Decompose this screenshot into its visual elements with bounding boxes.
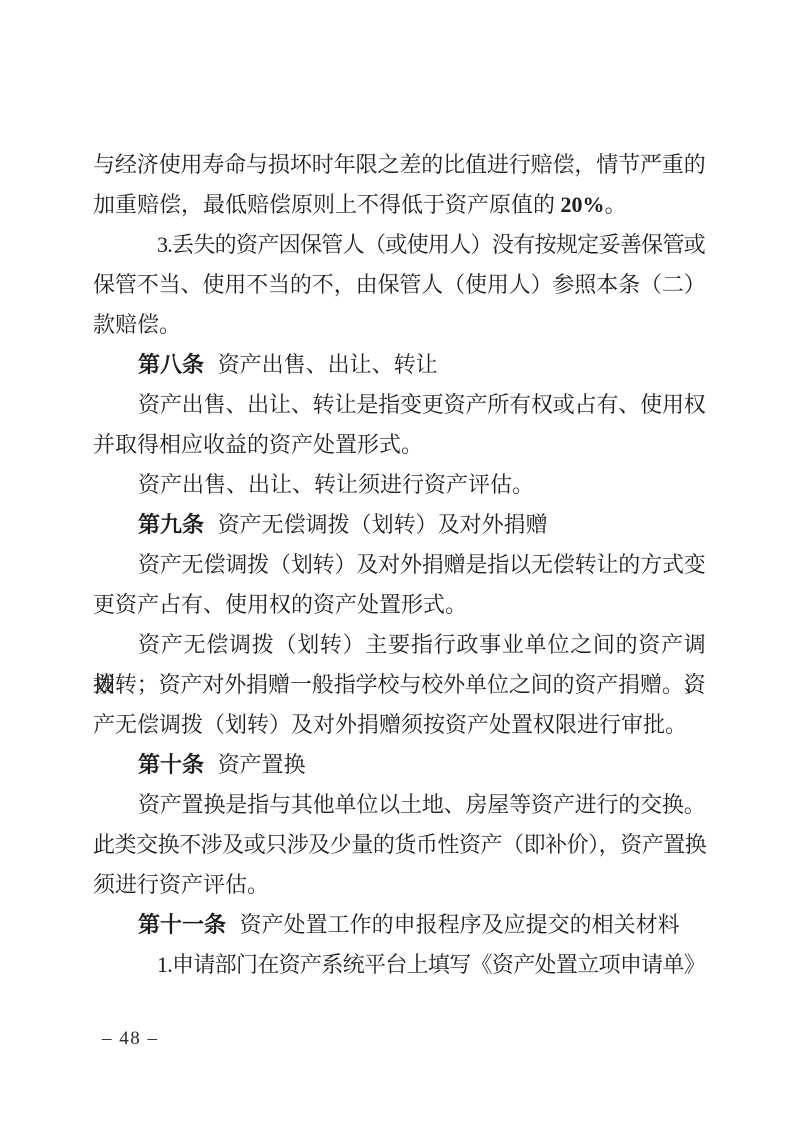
article-heading: 第十条资产置换 — [93, 745, 705, 785]
article-heading: 第十一条资产处置工作的申报程序及应提交的相关材料 — [93, 905, 705, 945]
page-number: – 48 – — [102, 1027, 159, 1051]
article-heading: 第九条资产无偿调拨（划转）及对外捐赠 — [93, 505, 705, 545]
text-line: 资产无偿调拨（划转）及对外捐赠是指以无偿转让的方式变 — [93, 545, 705, 585]
article-heading: 第八条资产出售、出让、转让 — [93, 345, 705, 385]
percent-value: 20% — [561, 192, 605, 217]
numbered-item: 3.丢失的资产因保管人（或使用人）没有按规定妥善保管或 — [93, 225, 705, 265]
text-line: 资产出售、出让、转让须进行资产评估。 — [93, 465, 705, 505]
text-line: 款赔偿。 — [93, 305, 705, 345]
article-title: 资产处置工作的申报程序及应提交的相关材料 — [240, 912, 680, 937]
article-title: 资产无偿调拨（划转）及对外捐赠 — [218, 512, 548, 537]
text-segment: 。 — [605, 192, 627, 217]
text-line: 资产置换是指与其他单位以土地、房屋等资产进行的交换。 — [93, 785, 705, 825]
article-number: 第八条 — [138, 352, 204, 377]
document-body: 与经济使用寿命与损坏时年限之差的比值进行赔偿，情节严重的 加重赔偿，最低赔偿原则… — [93, 145, 705, 985]
document-page: 与经济使用寿命与损坏时年限之差的比值进行赔偿，情节严重的 加重赔偿，最低赔偿原则… — [0, 0, 794, 1123]
text-line: 须进行资产评估。 — [93, 865, 705, 905]
text-segment: 加重赔偿，最低赔偿原则上不得低于资产原值的 — [93, 192, 561, 217]
article-number: 第九条 — [138, 512, 204, 537]
text-line: 资产出售、出让、转让是指变更资产所有权或占有、使用权 — [93, 385, 705, 425]
article-title: 资产置换 — [218, 752, 306, 777]
text-line: 产无偿调拨（划转）及对外捐赠须按资产处置权限进行审批。 — [93, 705, 705, 745]
text-line: 更资产占有、使用权的资产处置形式。 — [93, 585, 705, 625]
article-title: 资产出售、出让、转让 — [218, 352, 438, 377]
text-line: 与经济使用寿命与损坏时年限之差的比值进行赔偿，情节严重的 — [93, 145, 705, 185]
text-line: 此类交换不涉及或只涉及少量的货币性资产（即补价），资产置换 — [93, 825, 705, 865]
article-number: 第十条 — [138, 752, 204, 777]
text-line: 划转；资产对外捐赠一般指学校与校外单位之间的资产捐赠。资 — [93, 665, 705, 705]
text-line: 加重赔偿，最低赔偿原则上不得低于资产原值的 20%。 — [93, 185, 705, 225]
article-number: 第十一条 — [138, 912, 226, 937]
text-line: 并取得相应收益的资产处置形式。 — [93, 425, 705, 465]
numbered-item: 1.申请部门在资产系统平台上填写《资产处置立项申请单》 — [93, 945, 705, 985]
text-line: 保管不当、使用不当的不，由保管人（使用人）参照本条（二） — [93, 265, 705, 305]
text-line: 资产无偿调拨（划转）主要指行政事业单位之间的资产调拨、 — [93, 625, 705, 665]
